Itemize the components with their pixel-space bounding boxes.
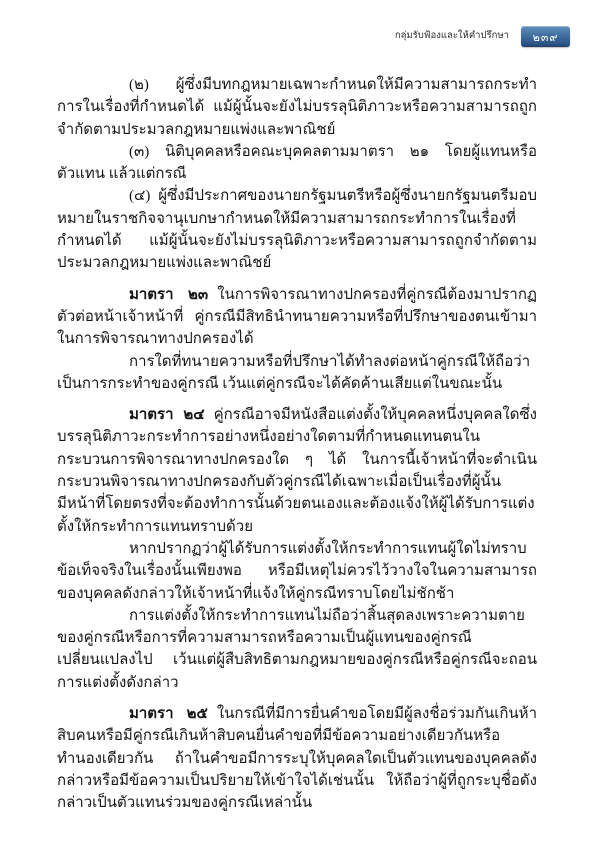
- section-24-text-3: การแต่งตั้งให้กระทำการแทนไม่ถือว่าสิ้นสุ…: [57, 608, 537, 691]
- clause-3-text: (๓) นิติบุคคลหรือคณะบุคคลตามมาตรา ๒๑ โดย…: [57, 144, 537, 182]
- section-23-paragraph-2: การใดที่ทนายความหรือที่ปรึกษาได้ทำลงต่อห…: [57, 351, 537, 396]
- section-24-number: มาตรา ๒๔: [129, 407, 205, 423]
- section-23-paragraph: มาตรา ๒๓ในการพิจารณาทางปกครองที่คู่กรณีต…: [57, 284, 537, 351]
- clause-4-paragraph: (๔) ผู้ซึ่งมีประกาศของนายกรัฐมนตรีหรือผู…: [57, 185, 537, 274]
- document-body: (๒) ผู้ซึ่งมีบทกฎหมายเฉพาะกำหนดให้มีความ…: [57, 74, 537, 815]
- section-25-number: มาตรา ๒๕: [129, 706, 208, 722]
- section-24-paragraph-2: หากปรากฏว่าผู้ได้รับการแต่งตั้งให้กระทำก…: [57, 538, 537, 605]
- page-header: กลุ่มรับฟ้องและให้คำปรึกษา ๒๓๙: [395, 26, 570, 47]
- section-24-paragraph-3: การแต่งตั้งให้กระทำการแทนไม่ถือว่าสิ้นสุ…: [57, 605, 537, 694]
- section-24-paragraph: มาตรา ๒๔คู่กรณีอาจมีหนังสือแต่งตั้งให้บุ…: [57, 404, 537, 538]
- section-23-text-2: การใดที่ทนายความหรือที่ปรึกษาได้ทำลงต่อห…: [57, 354, 530, 392]
- section-24-text-2: หากปรากฏว่าผู้ได้รับการแต่งตั้งให้กระทำก…: [57, 541, 537, 602]
- clause-3-paragraph: (๓) นิติบุคคลหรือคณะบุคคลตามมาตรา ๒๑ โดย…: [57, 141, 537, 186]
- clause-2-text: (๒) ผู้ซึ่งมีบทกฎหมายเฉพาะกำหนดให้มีความ…: [57, 77, 537, 138]
- document-page: กลุ่มรับฟ้องและให้คำปรึกษา ๒๓๙ (๒) ผู้ซึ…: [0, 0, 595, 842]
- header-group-label: กลุ่มรับฟ้องและให้คำปรึกษา: [395, 32, 509, 42]
- clause-2-paragraph: (๒) ผู้ซึ่งมีบทกฎหมายเฉพาะกำหนดให้มีความ…: [57, 74, 537, 141]
- section-25-paragraph: มาตรา ๒๕ในกรณีที่มีการยื่นคำขอโดยมีผู้ลง…: [57, 703, 537, 814]
- clause-4-text: (๔) ผู้ซึ่งมีประกาศของนายกรัฐมนตรีหรือผู…: [57, 188, 537, 271]
- section-24-text: คู่กรณีอาจมีหนังสือแต่งตั้งให้บุคคลหนึ่ง…: [57, 407, 537, 534]
- page-number-badge: ๒๓๙: [521, 26, 570, 47]
- section-23-number: มาตรา ๒๓: [129, 287, 208, 303]
